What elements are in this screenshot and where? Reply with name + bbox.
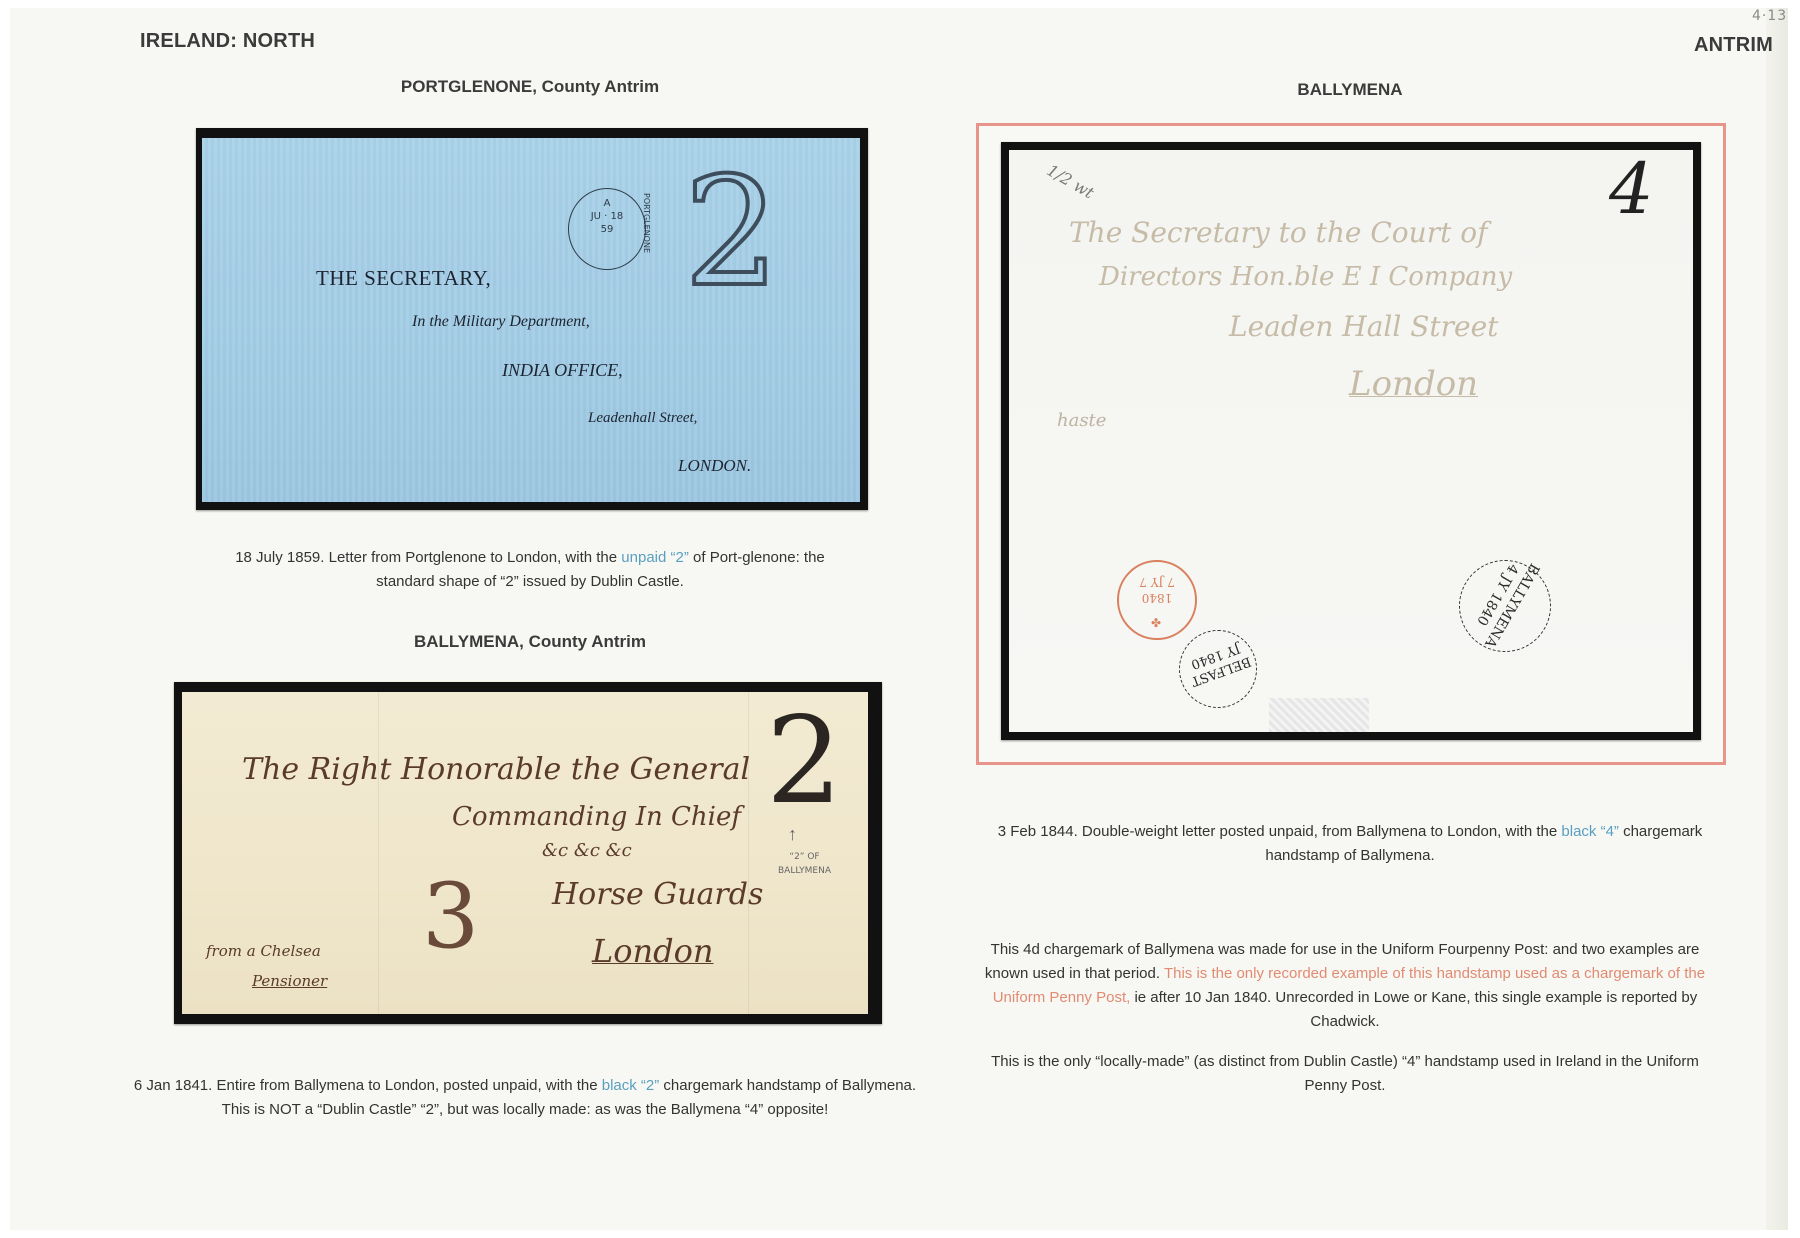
- address-line-1: THE SECRETARY,: [316, 266, 491, 291]
- county-header: ANTRIM: [1694, 34, 1773, 57]
- caption-text: 18 July 1859. Letter from Portglenone to…: [235, 549, 621, 566]
- sender-note-2: Pensioner: [252, 972, 327, 990]
- address-line-4: Leadenhall Street,: [588, 410, 697, 427]
- cover-mount-portglenone: A JU · 18 59 PORTGLENONE 2 THE SECRETARY…: [196, 128, 868, 510]
- address-line-2: In the Military Department,: [412, 313, 590, 331]
- seal-remnant: [1269, 698, 1369, 732]
- caption-text: 6 Jan 1841. Entire from Ballymena to Lon…: [134, 1077, 602, 1094]
- caption-text: This is the only “locally-made” (as dist…: [991, 1053, 1699, 1094]
- page-edge-shadow: [1766, 8, 1788, 1230]
- address-line-5: LONDON.: [678, 456, 751, 476]
- caption-highlight: black “4”: [1561, 823, 1619, 840]
- caption-highlight: black “2”: [602, 1077, 660, 1094]
- address-line-4: London: [1349, 364, 1478, 404]
- section-title-ballymena-4: BALLYMENA: [1200, 80, 1500, 100]
- region-header: IRELAND: NORTH: [140, 30, 315, 53]
- address-line-1: The Secretary to the Court of: [1069, 216, 1487, 249]
- arrow-up-icon: ↑: [788, 824, 797, 845]
- pencil-page-number: 4·13: [1752, 8, 1787, 24]
- portglenone-postmark: A JU · 18 59 PORTGLENONE: [568, 188, 646, 270]
- highlight-frame: 1/2 wt The Secretary to the Court of Dir…: [976, 123, 1726, 765]
- caption-text: 3 Feb 1844. Double-weight letter posted …: [998, 823, 1562, 840]
- red-london-postmark: 1840 7 JY 7 ✤: [1117, 560, 1197, 640]
- side-note-haste: haste: [1057, 410, 1106, 431]
- caption-text: ie after 10 Jan 1840. Unrecorded in Lowe…: [1130, 989, 1697, 1030]
- address-line-2: Directors Hon.ble E I Company: [1099, 262, 1512, 292]
- address-line-5: London: [592, 932, 713, 970]
- section-title-ballymena-2: BALLYMENA, County Antrim: [360, 632, 700, 652]
- cover-ballymena-2: The Right Honorable the General Commandi…: [182, 692, 868, 1014]
- manuscript-rate-3: 3: [422, 872, 479, 962]
- section-title-portglenone: PORTGLENONE, County Antrim: [360, 77, 700, 97]
- caption-highlight: unpaid “2”: [621, 549, 689, 566]
- address-line-3: INDIA OFFICE,: [502, 360, 623, 381]
- caption-ballymena-4: 3 Feb 1844. Double-weight letter posted …: [990, 820, 1710, 868]
- sender-note-1: from a Chelsea: [206, 942, 321, 960]
- cover-mount-ballymena-2: The Right Honorable the General Commandi…: [174, 682, 882, 1024]
- caption-ballymena-2: 6 Jan 1841. Entire from Ballymena to Lon…: [130, 1074, 920, 1122]
- note-ballymena-4-significance: This 4d chargemark of Ballymena was made…: [970, 938, 1720, 1034]
- caption-portglenone: 18 July 1859. Letter from Portglenone to…: [220, 546, 840, 594]
- cover-mount-ballymena-4: 1/2 wt The Secretary to the Court of Dir…: [1001, 142, 1701, 740]
- cover-portglenone: A JU · 18 59 PORTGLENONE 2 THE SECRETARY…: [202, 138, 860, 502]
- pencil-annotation: “2” OF BALLYMENA: [778, 850, 831, 878]
- address-line-4: Horse Guards: [552, 877, 763, 912]
- corner-weight-note: 1/2 wt: [1044, 161, 1098, 203]
- address-line-3: &c &c &c: [542, 840, 632, 861]
- belfast-postmark: BELFAST JY 1840: [1179, 630, 1257, 708]
- note-ballymena-4-unique: This is the only “locally-made” (as dist…: [970, 1050, 1720, 1098]
- address-line-3: Leaden Hall Street: [1229, 310, 1498, 343]
- postmark-town: PORTGLENONE: [642, 193, 651, 253]
- ballymena-postmark: BALLYMENA 4 JY 1840: [1459, 560, 1551, 652]
- cover-ballymena-4: 1/2 wt The Secretary to the Court of Dir…: [1009, 150, 1693, 732]
- address-line-2: Commanding In Chief: [452, 802, 741, 832]
- black-4-chargemark: 4: [1609, 154, 1654, 224]
- unpaid-2-chargemark: 2: [684, 158, 779, 308]
- address-line-1: The Right Honorable the General: [242, 752, 750, 787]
- black-2-chargemark: 2: [766, 702, 842, 822]
- cross-pattee-icon: ✤: [1151, 616, 1161, 630]
